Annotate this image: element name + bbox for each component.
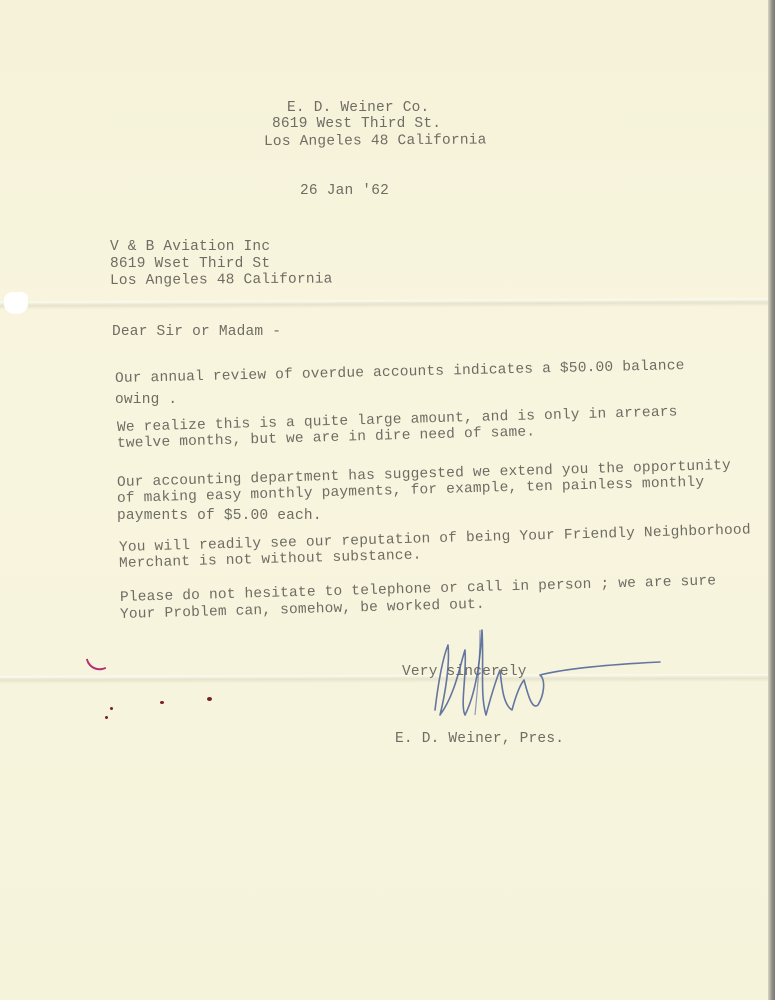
salutation: Dear Sir or Madam - <box>112 324 281 340</box>
paper-edge-shadow <box>768 0 775 1000</box>
letterhead-street: 8619 West Third St. <box>272 116 441 132</box>
paper-blemish <box>4 292 28 314</box>
letterhead-company: E. D. Weiner Co. <box>287 100 429 116</box>
ink-mark <box>86 654 107 675</box>
ink-speck <box>105 716 108 719</box>
body-line: You will readily see our reputation of b… <box>119 522 751 556</box>
recipient-street: 8619 Wset Third St <box>110 256 270 272</box>
ink-speck <box>160 701 164 704</box>
letter-paper: E. D. Weiner Co. 8619 West Third St. Los… <box>0 0 775 1000</box>
letter-date: 26 Jan '62 <box>300 183 389 199</box>
signature-name: E. D. Weiner, Pres. <box>395 731 564 747</box>
body-line: Our annual review of overdue accounts in… <box>115 358 685 387</box>
ink-speck <box>207 697 212 701</box>
recipient-name: V & B Aviation Inc <box>110 239 270 255</box>
recipient-city: Los Angeles 48 California <box>110 271 333 289</box>
ink-speck <box>110 707 113 710</box>
letterhead-city: Los Angeles 48 California <box>264 132 487 150</box>
body-line: owing . <box>115 392 177 408</box>
handwritten-signature <box>420 625 670 725</box>
paper-fold <box>0 298 775 309</box>
body-line: payments of $5.00 each. <box>117 508 322 524</box>
